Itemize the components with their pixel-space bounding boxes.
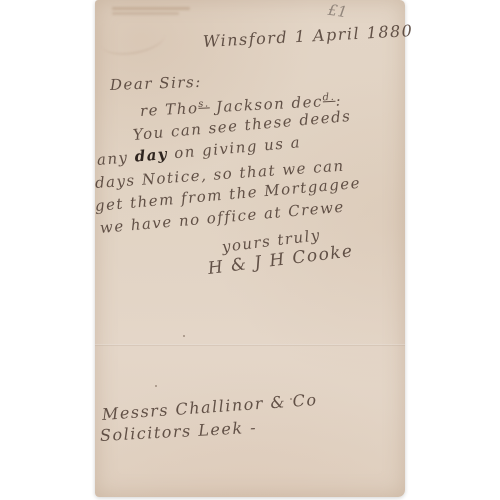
salutation: Dear Sirs: — [110, 74, 202, 94]
embossed-letterhead-mark — [112, 5, 190, 21]
paper-speck — [183, 335, 185, 337]
paper-fold-line — [95, 344, 405, 346]
photo-backdrop: £1 Winsford 1 April 1880 Dear Sirs: re T… — [0, 0, 500, 500]
body-word-emphasis: day — [134, 145, 169, 166]
recipient-address-line: Messrs Challinor & Co — [101, 391, 318, 424]
subject-superscript: d. — [322, 92, 335, 104]
embossed-line — [112, 12, 179, 15]
body-text: any — [96, 148, 135, 169]
recipient-address-line: Solicitors Leek - — [100, 419, 258, 445]
dateline: Winsford 1 April 1880 — [203, 22, 414, 51]
letter-paper: £1 Winsford 1 April 1880 Dear Sirs: re T… — [95, 0, 405, 497]
ink-showthrough-mark — [99, 21, 167, 60]
embossed-line — [112, 7, 190, 10]
subject-text: re Tho — [140, 99, 199, 120]
paper-speck — [155, 385, 157, 387]
pencil-price-mark: £1 — [327, 1, 348, 21]
subject-superscript: s. — [198, 98, 210, 110]
